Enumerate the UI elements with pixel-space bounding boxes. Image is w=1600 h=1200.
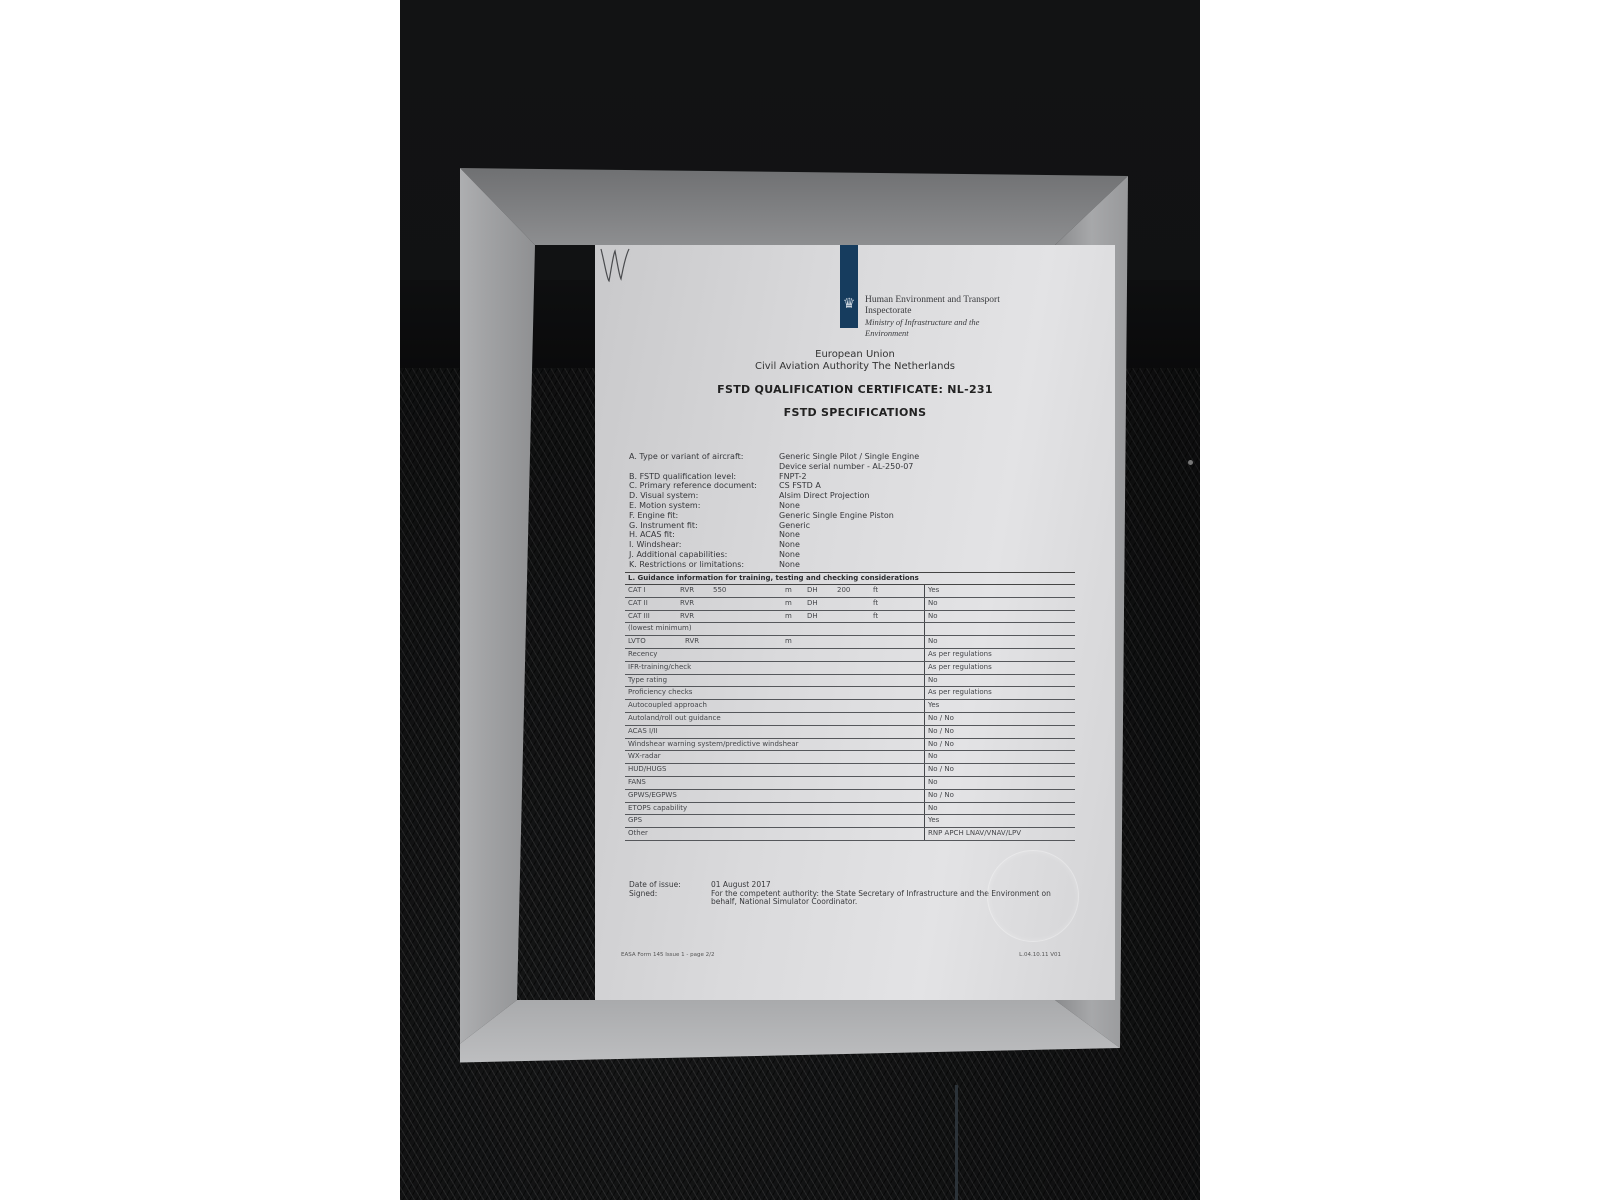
table-row: Windshear warning system/predictive wind…: [625, 739, 1075, 752]
guidance-table: L. Guidance information for training, te…: [625, 572, 1075, 841]
table-row: Autocoupled approachYes: [625, 700, 1075, 713]
document-code: L.04.10.11 V01: [1019, 952, 1061, 958]
spec-row: J. Additional capabilities:None: [629, 550, 959, 560]
spec-row: E. Motion system:None: [629, 501, 959, 511]
signature: [595, 245, 635, 285]
picture-frame: ♛ Human Environment and Transport Inspec…: [460, 168, 1128, 1085]
table-row: OtherRNP APCH LNAV/VNAV/LPV: [625, 828, 1075, 841]
table-row: IFR-training/checkAs per regulations: [625, 662, 1075, 675]
table-row: ACAS I/IINo / No: [625, 726, 1075, 739]
spec-row: Device serial number - AL-250-07: [629, 462, 959, 472]
table-row: Autoland/roll out guidanceNo / No: [625, 713, 1075, 726]
spec-row: F. Engine fit:Generic Single Engine Pist…: [629, 511, 959, 521]
photo: ♛ Human Environment and Transport Inspec…: [400, 0, 1200, 1200]
embossed-seal: [987, 850, 1079, 942]
spec-row: A. Type or variant of aircraft:Generic S…: [629, 452, 959, 462]
issuing-authority: European Union Civil Aviation Authority …: [595, 349, 1115, 373]
wall-screw: [1188, 460, 1193, 465]
spec-row: G. Instrument fit:Generic: [629, 521, 959, 531]
spec-row: D. Visual system:Alsim Direct Projection: [629, 491, 959, 501]
table-row: RecencyAs per regulations: [625, 649, 1075, 662]
table-row: (lowest minimum): [625, 623, 1075, 636]
guidance-heading: L. Guidance information for training, te…: [625, 572, 1075, 585]
inspectorate-logo-bar: ♛: [840, 245, 858, 328]
form-number: EASA Form 145 Issue 1 - page 2/2: [621, 952, 714, 958]
table-row-cat: CAT IIRVRmDHftNo: [625, 598, 1075, 611]
table-row-cat: CAT IRVR550mDH200ftYes: [625, 585, 1075, 598]
table-row-cat: CAT IIIRVRmDHftNo: [625, 611, 1075, 624]
agency-name: Human Environment and Transport Inspecto…: [865, 295, 1000, 339]
table-row-lvto: LVTO RVR m No: [625, 636, 1075, 649]
spec-row: K. Restrictions or limitations:None: [629, 560, 959, 570]
certificate-subtitle: FSTD SPECIFICATIONS: [595, 406, 1115, 419]
crest-icon: ♛: [840, 293, 858, 315]
table-row: GPWS/EGPWSNo / No: [625, 790, 1075, 803]
certificate-title: FSTD QUALIFICATION CERTIFICATE: NL-231: [595, 383, 1115, 396]
spec-row: B. FSTD qualification level:FNPT-2: [629, 472, 959, 482]
table-row: Type ratingNo: [625, 675, 1075, 688]
spec-row: C. Primary reference document:CS FSTD A: [629, 481, 959, 491]
spec-row: H. ACAS fit:None: [629, 530, 959, 540]
table-row: ETOPS capabilityNo: [625, 803, 1075, 816]
table-row: WX-radarNo: [625, 751, 1075, 764]
table-row: Proficiency checksAs per regulations: [625, 687, 1075, 700]
table-row: GPSYes: [625, 815, 1075, 828]
spec-row: I. Windshear:None: [629, 540, 959, 550]
cable: [955, 1085, 958, 1200]
certificate-paper: ♛ Human Environment and Transport Inspec…: [595, 245, 1115, 1000]
table-row: FANSNo: [625, 777, 1075, 790]
specifications-list: A. Type or variant of aircraft:Generic S…: [629, 452, 959, 570]
table-row: HUD/HUGSNo / No: [625, 764, 1075, 777]
